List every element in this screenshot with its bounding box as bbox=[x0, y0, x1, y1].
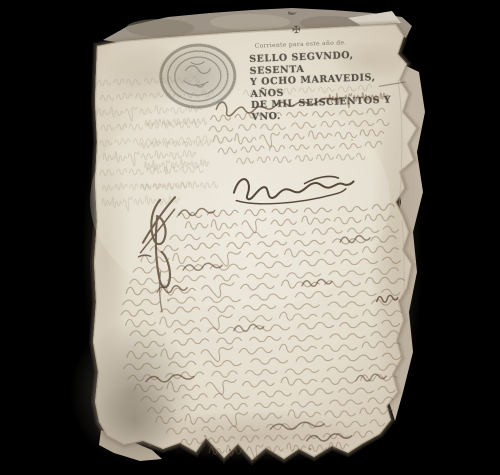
photo-black-background: ✠ Corriente para este año de. SELLO SEGV… bbox=[0, 0, 500, 475]
sello-stamp-header: ✠ Corriente para este año de. SELLO SEGV… bbox=[248, 21, 410, 123]
